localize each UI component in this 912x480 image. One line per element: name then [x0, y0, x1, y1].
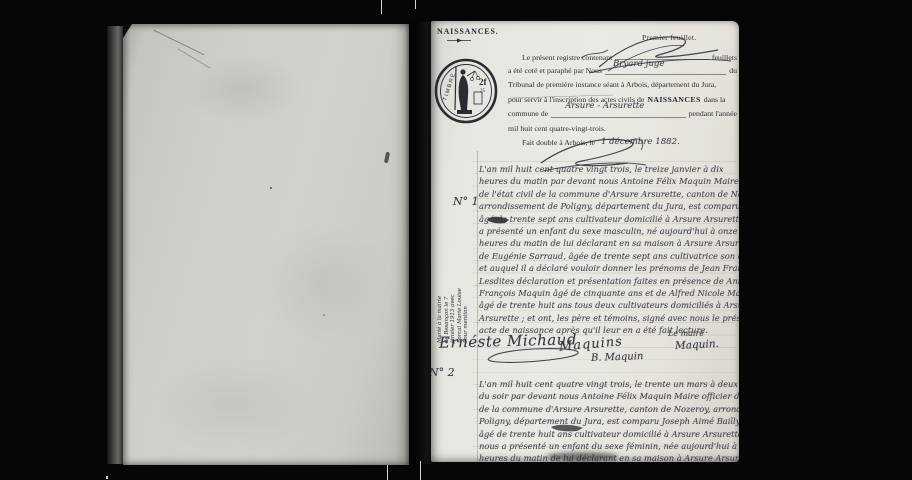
scratch-mark	[177, 48, 210, 68]
scan-streak	[106, 476, 108, 479]
handwritten-line: âgé de trente huit ans tous deux cultiva…	[479, 299, 737, 311]
entry2-number: N° 2	[431, 366, 455, 379]
handwritten-line: de l'état civil de la commune d'Arsure A…	[479, 188, 737, 200]
ink-fleck	[323, 314, 325, 316]
signature-mayor: Maquin.	[675, 338, 720, 352]
ink-fleck	[384, 152, 390, 164]
paper-stain	[153, 354, 313, 454]
handwritten-line: du soir par devant nous Antoine Félix Ma…	[479, 390, 737, 402]
entry1-margin-note: Marié à la mairie de Besançon le 7 janvi…	[437, 225, 473, 343]
signature-declarant: Ernéste Michaud	[439, 330, 577, 352]
handwritten-line: âgé de trente sept ans cultivateur domic…	[479, 213, 737, 225]
book-edge	[107, 26, 123, 464]
ink-smudge	[546, 452, 618, 461]
count-scrawl-icon	[581, 50, 608, 58]
handwritten-line: Lesdites déclaration et présentation fai…	[479, 275, 737, 287]
entry1-number: N° 1	[453, 195, 479, 208]
handwritten-line: a présenté un enfant du sexe masculin, n…	[479, 225, 737, 237]
margin-note-line: janvier 1913 avec	[450, 225, 457, 343]
handwritten-line: François Maquin âgé de cinquante ans et …	[479, 287, 737, 299]
handwritten-line: Poligny, département du Jura, est compar…	[479, 415, 737, 427]
paper-stain	[183, 54, 303, 124]
scan-streak	[387, 465, 388, 480]
handwritten-line: L'an mil huit cent quatre vingt trois, l…	[479, 163, 737, 175]
scan-streak	[415, 0, 416, 9]
entry1-text: L'an mil huit cent quatre vingt trois, l…	[479, 163, 737, 336]
handwritten-line: heures du matin de lui déclarant en sa m…	[479, 237, 737, 249]
page-corner-notch	[123, 24, 132, 38]
top-paraph-icon	[599, 37, 718, 67]
scan-streak	[381, 0, 382, 14]
book-gutter	[405, 22, 432, 464]
scratch-mark	[154, 30, 205, 55]
scan-streak	[420, 461, 421, 480]
left-page	[123, 24, 409, 465]
handwritten-line: L'an mil huit cent quatre vingt trois, l…	[479, 378, 737, 390]
stray-strike-mark	[511, 95, 613, 98]
right-page: NAISSANCES. Premier feuillet. 2f 25 TIMB…	[431, 21, 739, 462]
handwritten-line: heures du matin par devant nous Antoine …	[479, 175, 737, 187]
entry2-text: L'an mil huit cent quatre vingt trois, l…	[479, 378, 737, 462]
ink-fleck	[270, 187, 272, 189]
handwritten-line: de la commune d'Arsure Arsurette, canton…	[479, 403, 737, 415]
handwritten-line: et auquel il a déclaré vouloir donner le…	[479, 262, 737, 274]
handwritten-line: nous a présenté un enfant du sexe fémini…	[479, 440, 737, 452]
signature-witness2: B. Maquin	[591, 351, 644, 364]
handwritten-line: arrondissement de Poligny, département d…	[479, 200, 737, 212]
paper-stain	[253, 224, 393, 344]
margin-note-line: Marié à la mairie	[437, 225, 444, 343]
handwritten-line: de Eugénie Sarraud, âgée de trente sept …	[479, 250, 737, 262]
handwritten-line: Arsurette ; et ont, les père et témoins,…	[479, 312, 737, 324]
handwritten-line: âgé de trente huit ans cultivateur domic…	[479, 428, 737, 440]
margin-note-line: Pour mention	[463, 225, 470, 343]
mayor-label: Le maire	[668, 329, 704, 338]
